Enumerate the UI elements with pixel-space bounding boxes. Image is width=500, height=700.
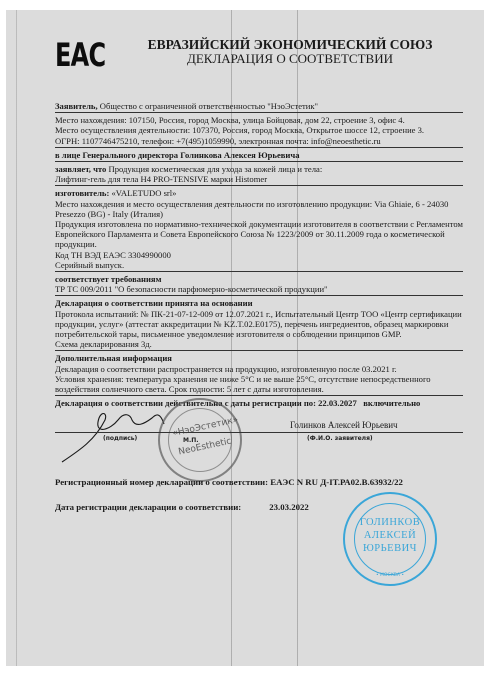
represented-by: в лице Генерального директора Голинкова … — [55, 150, 463, 160]
manufacturer-name: «VALETUDO srl» — [109, 188, 176, 198]
signer-seal-line-1: ГОЛИНКОВ — [345, 516, 435, 529]
signer-seal-line-2: АЛЕКСЕЙ — [345, 529, 435, 542]
document-header: ЕВРАЗИЙСКИЙ ЭКОНОМИЧЕСКИЙ СОЮЗ ДЕКЛАРАЦИ… — [130, 38, 450, 66]
manufacturer-section: изготовитель: «VALETUDO srl» Место нахож… — [55, 188, 463, 272]
signature-caption: (подпись) — [103, 435, 137, 442]
declares-text: Продукция косметическая для ухода за кож… — [106, 164, 322, 174]
document-title: ДЕКЛАРАЦИЯ О СООТВЕТСТВИИ — [130, 52, 450, 66]
declaration-body: Заявитель, Общество с ограниченной ответ… — [55, 101, 463, 411]
conforms-label: соответствует требованиям — [55, 274, 463, 284]
additional-line-2: Условия хранения: температура хранения н… — [55, 374, 463, 394]
applicant-name: Общество с ограниченной ответственностью… — [98, 101, 318, 111]
manufacturer-documentation: Продукция изготовлена по нормативно-техн… — [55, 219, 463, 250]
signer-seal: ГОЛИНКОВ АЛЕКСЕЙ ЮРЬЕВИЧ • МОСКВА • — [343, 492, 437, 586]
conformity-section: соответствует требованиям ТР ТС 009/2011… — [55, 274, 463, 296]
signature-line — [55, 432, 463, 433]
applicant-address: Место нахождения: 107150, Россия, город … — [55, 115, 463, 125]
hs-code: Код ТН ВЭД ЕАЭС 3304990000 — [55, 250, 463, 260]
manufacturer-label: изготовитель: — [55, 188, 109, 198]
additional-label: Дополнительная информация — [55, 353, 463, 363]
union-title: ЕВРАЗИЙСКИЙ ЭКОНОМИЧЕСКИЙ СОЮЗ — [130, 38, 450, 52]
signer-caption: (Ф.И.О. заявителя) — [307, 435, 373, 442]
registration-date-label: Дата регистрации декларации о соответств… — [55, 502, 241, 512]
signer-seal-city: • МОСКВА • — [345, 573, 435, 578]
applicant-section: Заявитель, Общество с ограниченной ответ… — [55, 101, 463, 113]
eac-logo: ЕАС — [55, 40, 84, 70]
registration-number-value: ЕАЭС N RU Д-IT.РА02.В.63932/22 — [270, 477, 403, 487]
declares-section: заявляет, что Продукция косметическая дл… — [55, 164, 463, 186]
basis-label: Декларация о соответствии принята на осн… — [55, 298, 463, 308]
manufacturer-address: Место нахождения и место осуществления д… — [55, 199, 463, 219]
product-name: Лифтинг-гель для тела H4 PRO-TENSIVE мар… — [55, 174, 463, 184]
registration-number-label: Регистрационный номер декларации о соотв… — [55, 477, 270, 487]
basis-section: Декларация о соответствии принята на осн… — [55, 298, 463, 351]
applicant-details: Место нахождения: 107150, Россия, город … — [55, 115, 463, 148]
registration-date: Дата регистрации декларации о соответств… — [55, 502, 309, 512]
declaration-scheme: Схема декларирования 3д. — [55, 339, 463, 349]
signature-block: (подпись) Голинков Алексей Юрьевич (Ф.И.… — [55, 405, 463, 465]
applicant-activity-address: Место осуществления деятельности: 107370… — [55, 125, 463, 135]
regulation: ТР ТС 009/2011 "О безопасности парфюмерн… — [55, 284, 463, 294]
signer-name: Голинков Алексей Юрьевич — [290, 420, 398, 430]
registration-date-value: 23.03.2022 — [269, 502, 309, 512]
additional-line-1: Декларация о соответствии распространяет… — [55, 364, 463, 374]
applicant-contacts: ОГРН: 1107746475210, телефон: +7(495)105… — [55, 136, 463, 146]
registration-number: Регистрационный номер декларации о соотв… — [55, 477, 403, 487]
release-type: Серийный выпуск. — [55, 260, 463, 270]
basis-text: Протокола испытаний: № ПК-21-07-12-009 о… — [55, 309, 463, 340]
declares-label: заявляет, что — [55, 164, 106, 174]
seal-caption: М.П. — [183, 437, 199, 444]
represented-by-section: в лице Генерального директора Голинкова … — [55, 150, 463, 162]
signer-seal-line-3: ЮРЬЕВИЧ — [345, 542, 435, 555]
applicant-label: Заявитель, — [55, 101, 98, 111]
additional-info-section: Дополнительная информация Декларация о с… — [55, 353, 463, 396]
